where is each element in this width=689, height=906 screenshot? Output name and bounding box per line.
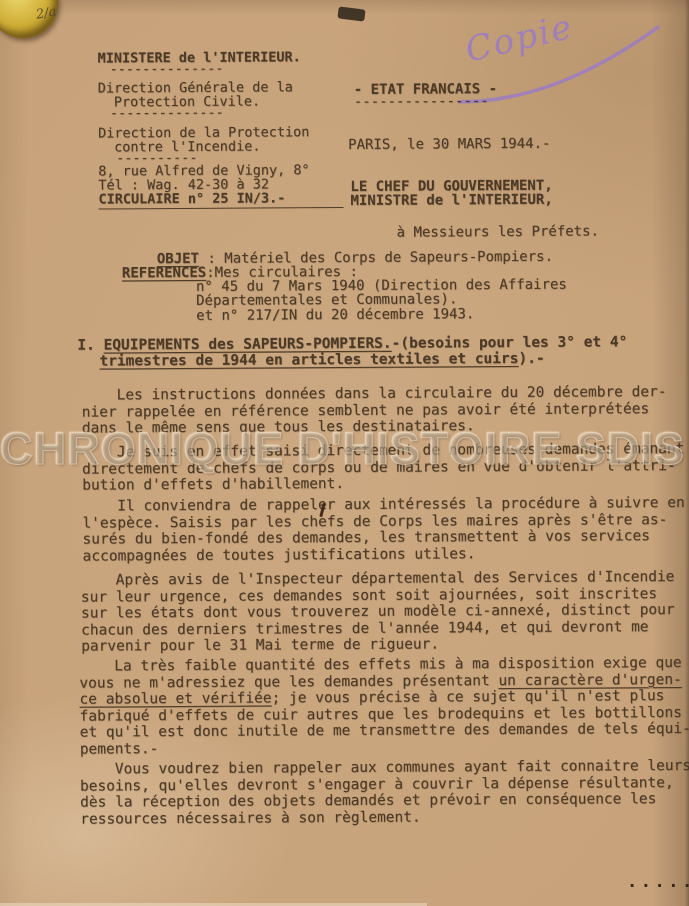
archive-watermark: CHRONIQUE D'HISTOIRE SDIS 06 <box>0 424 689 474</box>
paragraph-4: Après avis de l'Inspecteur départemental… <box>81 569 675 655</box>
sender-line2: MINISTRE de l'INTERIEUR, <box>350 193 552 209</box>
document-page: 2/a Copie MINISTERE de l'INTERIEUR. ----… <box>0 0 689 906</box>
section-title-underlined: EQUIPEMENTS des SAPEURS-POMPIERS. <box>103 336 391 354</box>
paragraph-6: Vous voudrez bien rappeler aux communes … <box>80 758 689 828</box>
dash-separator: -------------- <box>110 62 224 77</box>
section-heading-line1: I. EQUIPEMENTS des SAPEURS-POMPIERS.-(be… <box>77 334 627 353</box>
paragraph-5: La très faible quantité des effets mis à… <box>79 655 689 758</box>
circular-number-text: CIRCULAIRE n° 25 IN/3.- <box>98 190 343 209</box>
recipient-line: à Messieurs les Préfets. <box>397 224 599 240</box>
section-heading-line2: trimestres de 1944 en articles textiles … <box>99 351 544 370</box>
dash-separator: ---------------- <box>354 94 489 109</box>
paragraph-3: Il conviendra de rappeler aux intéressés… <box>82 495 685 565</box>
place-date-line: PARIS, le 30 MARS 1944.- <box>348 137 550 153</box>
references-label: REFERENCES <box>122 265 206 282</box>
section-title-rest: -(besoins pour les 3° et 4° <box>392 334 628 351</box>
reference-list: n° 45 du 7 Mars 1940 (Direction des Affa… <box>196 278 567 323</box>
section-numeral: I. <box>77 337 103 353</box>
perforation-dots: ....... <box>627 872 689 892</box>
section-title-rest2: ).- <box>518 351 544 367</box>
dash-separator: -------------- <box>110 106 224 121</box>
circular-number: CIRCULAIRE n° 25 IN/3.- <box>98 191 343 206</box>
section-title-underlined2: trimestres de 1944 en articles textiles … <box>99 351 518 370</box>
